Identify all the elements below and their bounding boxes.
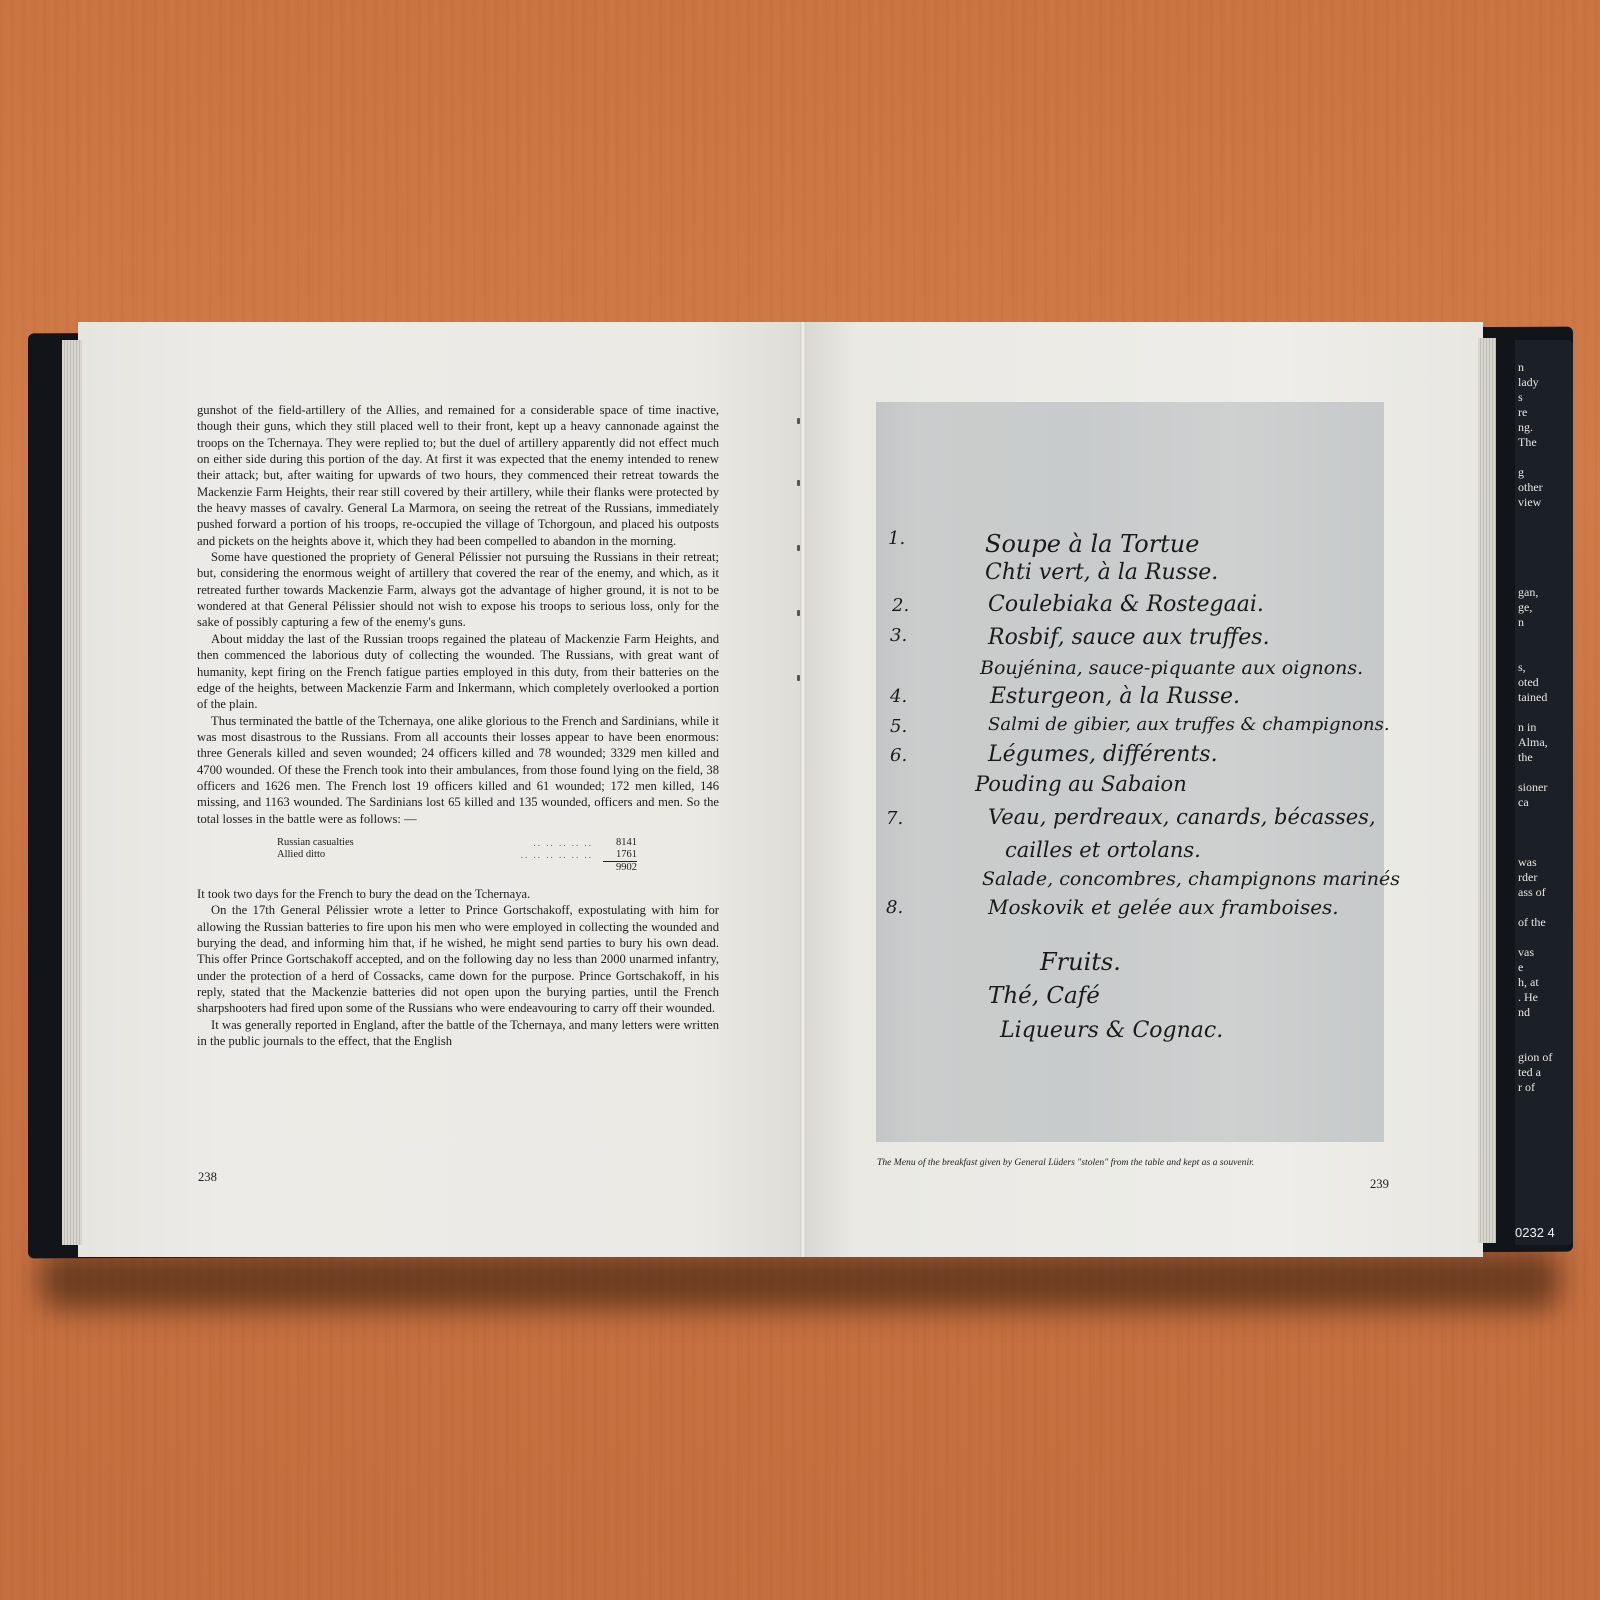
left-page-body: gunshot of the field-artillery of the Al… bbox=[197, 402, 719, 1049]
isbn-fragment: 0232 4 bbox=[1515, 1225, 1555, 1240]
text-fragment bbox=[1518, 1020, 1560, 1035]
table-total-row: 9902 bbox=[277, 862, 637, 874]
text-fragment: ng. bbox=[1518, 420, 1560, 435]
text-fragment: n in bbox=[1518, 720, 1560, 735]
text-fragment: e bbox=[1518, 960, 1560, 975]
text-fragment: h, at bbox=[1518, 975, 1560, 990]
menu-line: Boujénina, sauce-piquante aux oignons. bbox=[980, 657, 1363, 679]
paragraph: It took two days for the French to bury … bbox=[197, 886, 719, 902]
row-label: Allied ditto bbox=[277, 849, 417, 862]
text-fragment: s, bbox=[1518, 660, 1560, 675]
table-row: Allied ditto .. .. .. .. .. .. 1761 bbox=[277, 849, 637, 862]
text-fragment bbox=[1518, 810, 1560, 825]
menu-item-number: 7. bbox=[886, 808, 903, 829]
text-fragment: gion of bbox=[1518, 1050, 1560, 1065]
menu-line: Rosbif, sauce aux truffes. bbox=[988, 625, 1270, 650]
text-fragment: gan, bbox=[1518, 585, 1560, 600]
leader-dots: .. .. .. .. .. .. bbox=[417, 849, 603, 862]
text-fragment: other bbox=[1518, 480, 1560, 495]
text-fragment bbox=[1518, 900, 1560, 915]
text-fragment: rder bbox=[1518, 870, 1560, 885]
menu-line: Thé, Café bbox=[988, 983, 1100, 1009]
text-fragment bbox=[1518, 645, 1560, 660]
paragraph: gunshot of the field-artillery of the Al… bbox=[197, 402, 719, 549]
text-fragment: ca bbox=[1518, 795, 1560, 810]
paragraph: About midday the last of the Russian tro… bbox=[197, 631, 719, 713]
text-fragment: ted a bbox=[1518, 1065, 1560, 1080]
menu-item-number: 4. bbox=[890, 686, 907, 707]
menu-line: Soupe à la Tortue bbox=[985, 530, 1199, 558]
text-fragment bbox=[1518, 540, 1560, 555]
text-fragment: r of bbox=[1518, 1080, 1560, 1095]
text-fragment: ass of bbox=[1518, 885, 1560, 900]
menu-item-number: 8. bbox=[886, 897, 903, 918]
text-fragment: s bbox=[1518, 390, 1560, 405]
menu-line: cailles et ortolans. bbox=[1005, 838, 1201, 862]
binding-stitch bbox=[797, 480, 800, 486]
paragraph: On the 17th General Pélissier wrote a le… bbox=[197, 902, 719, 1016]
text-fragment: lady bbox=[1518, 375, 1560, 390]
table-row: Russian casualties .. .. .. .. .. 8141 bbox=[277, 837, 637, 849]
text-fragment bbox=[1518, 930, 1560, 945]
figure-caption: The Menu of the breakfast given by Gener… bbox=[877, 1157, 1357, 1169]
text-fragment: . He bbox=[1518, 990, 1560, 1005]
row-value: 1761 bbox=[603, 849, 637, 862]
text-fragment: of the bbox=[1518, 915, 1560, 930]
text-fragment bbox=[1518, 765, 1560, 780]
menu-item-number: 5. bbox=[890, 716, 907, 737]
text-fragment: nd bbox=[1518, 1005, 1560, 1020]
text-fragment: g bbox=[1518, 465, 1560, 480]
menu-line: Liqueurs & Cognac. bbox=[1000, 1018, 1223, 1043]
text-fragment: tained bbox=[1518, 690, 1560, 705]
menu-line: Légumes, différents. bbox=[988, 742, 1218, 767]
book-gutter bbox=[800, 322, 806, 1257]
menu-line: Chti vert, à la Russe. bbox=[985, 560, 1218, 585]
text-fragment: oted bbox=[1518, 675, 1560, 690]
binding-stitch bbox=[797, 675, 800, 681]
left-page-stack bbox=[62, 340, 82, 1245]
text-fragment bbox=[1518, 450, 1560, 465]
text-fragment: The bbox=[1518, 435, 1560, 450]
text-fragment: n bbox=[1518, 360, 1560, 375]
row-value: 8141 bbox=[603, 837, 637, 849]
binding-stitch bbox=[797, 545, 800, 551]
menu-line: Esturgeon, à la Russe. bbox=[990, 684, 1240, 709]
text-fragment bbox=[1518, 825, 1560, 840]
menu-item-number: 6. bbox=[890, 745, 907, 766]
text-fragment: view bbox=[1518, 495, 1560, 510]
text-fragment bbox=[1518, 525, 1560, 540]
text-fragment: the bbox=[1518, 750, 1560, 765]
text-fragment: n bbox=[1518, 615, 1560, 630]
menu-line: Pouding au Sabaion bbox=[975, 772, 1187, 796]
paragraph: Thus terminated the battle of the Tchern… bbox=[197, 713, 719, 827]
text-fragment bbox=[1518, 705, 1560, 720]
total-value: 9902 bbox=[603, 862, 637, 874]
text-fragment bbox=[1518, 570, 1560, 585]
paragraph: Some have questioned the propriety of Ge… bbox=[197, 549, 719, 631]
text-fragment: re bbox=[1518, 405, 1560, 420]
right-page-stack bbox=[1478, 338, 1496, 1243]
paragraph: It was generally reported in England, af… bbox=[197, 1017, 719, 1050]
menu-line: Fruits. bbox=[1040, 948, 1121, 976]
next-page-text-fragments: nladysreng.The gotherview gan,ge,n s,ote… bbox=[1518, 360, 1560, 1095]
menu-line: Veau, perdreaux, canards, bécasses, bbox=[988, 805, 1376, 829]
text-fragment: ge, bbox=[1518, 600, 1560, 615]
text-fragment: Alma, bbox=[1518, 735, 1560, 750]
menu-item-number: 3. bbox=[890, 625, 907, 646]
binding-stitch bbox=[797, 418, 800, 424]
text-fragment: sioner bbox=[1518, 780, 1560, 795]
menu-line: Salade, concombres, champignons marinés bbox=[982, 868, 1400, 890]
menu-line: Coulebiaka & Rostegaai. bbox=[988, 592, 1264, 617]
text-fragment bbox=[1518, 1035, 1560, 1050]
text-fragment bbox=[1518, 555, 1560, 570]
menu-line: Moskovik et gelée aux framboises. bbox=[988, 895, 1339, 919]
row-label: Russian casualties bbox=[277, 837, 417, 849]
text-fragment bbox=[1518, 510, 1560, 525]
menu-item-number: 1. bbox=[888, 528, 905, 549]
text-fragment: vas bbox=[1518, 945, 1560, 960]
page-number-left: 238 bbox=[198, 1170, 217, 1185]
page-number-right: 239 bbox=[1370, 1177, 1389, 1192]
casualty-table: Russian casualties .. .. .. .. .. 8141 A… bbox=[277, 837, 637, 874]
book-shadow bbox=[40, 1250, 1560, 1310]
menu-line: Salmi de gibier, aux truffes & champigno… bbox=[988, 714, 1390, 735]
menu-item-number: 2. bbox=[892, 595, 909, 616]
text-fragment bbox=[1518, 630, 1560, 645]
leader-dots: .. .. .. .. .. bbox=[417, 837, 603, 849]
binding-stitch bbox=[797, 610, 800, 616]
text-fragment: was bbox=[1518, 855, 1560, 870]
text-fragment bbox=[1518, 840, 1560, 855]
